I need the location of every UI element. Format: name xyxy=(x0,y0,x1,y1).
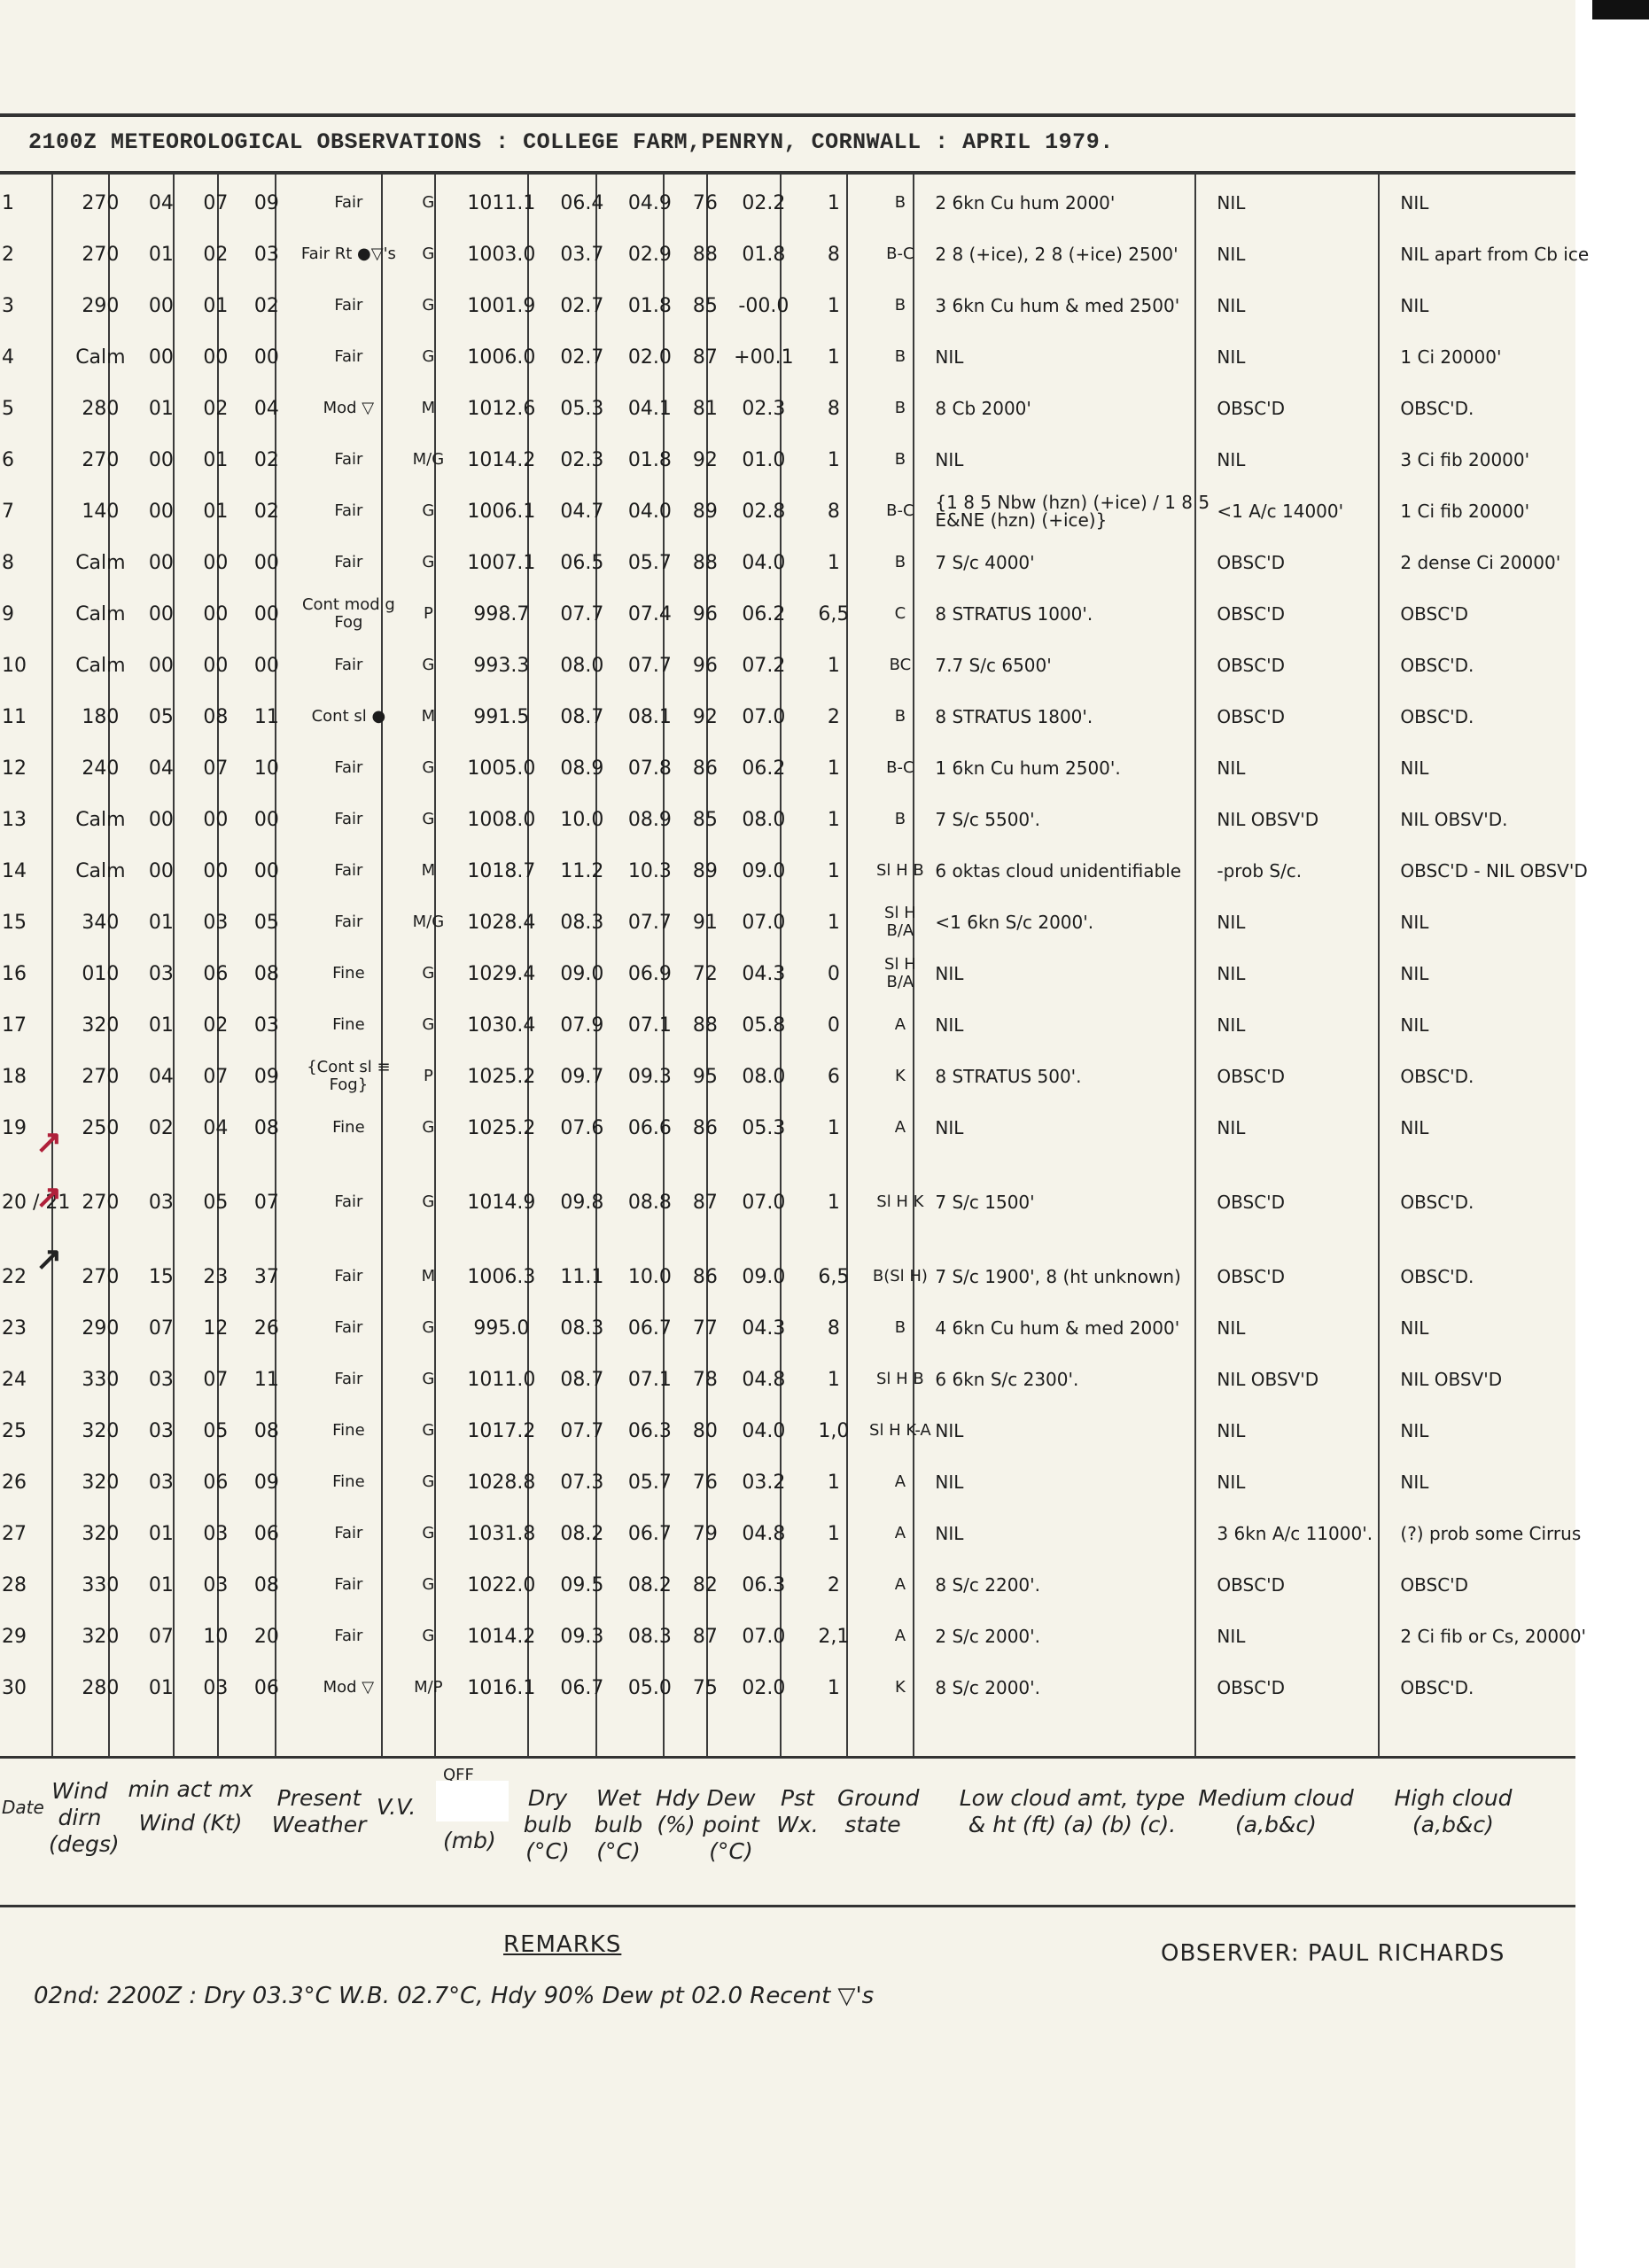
ground-state-cell: K xyxy=(867,1051,933,1102)
wet-bulb-cell: 06.7 xyxy=(616,1302,683,1354)
high-cloud-cell: NIL xyxy=(1398,1102,1596,1153)
dew-point-cell: 07.0 xyxy=(727,1611,800,1662)
high-cloud-cell: OBSC'D xyxy=(1398,1559,1596,1611)
wind-actual-cell: 01 xyxy=(193,485,237,537)
dew-point-cell: 01.0 xyxy=(727,434,800,485)
qff-cell: 1003.0 xyxy=(455,229,548,280)
humidity-cell: 88 xyxy=(683,999,727,1051)
wind-actual-cell: 03 xyxy=(193,1508,237,1559)
wind-direction-cell: 270 xyxy=(72,1251,128,1302)
present-weather-cell: Fair xyxy=(295,897,401,948)
visibility-cell: G xyxy=(401,331,455,383)
date-cell: 29 xyxy=(0,1611,72,1662)
wet-bulb-cell: 07.8 xyxy=(616,742,683,794)
label-vv: V.V. xyxy=(377,1794,416,1821)
past-weather-cell: 1 xyxy=(800,742,867,794)
wind-actual-cell: 12 xyxy=(193,1302,237,1354)
wind-direction-cell: Calm xyxy=(72,537,128,588)
visibility-cell: M/G xyxy=(401,434,455,485)
dew-point-cell: 02.3 xyxy=(727,383,800,434)
high-cloud-cell: NIL xyxy=(1398,948,1596,999)
medium-cloud-cell: NIL xyxy=(1215,177,1398,229)
wind-actual-cell: 02 xyxy=(193,999,237,1051)
dry-bulb-cell: 02.3 xyxy=(548,434,616,485)
qff-cell: 1014.2 xyxy=(455,434,548,485)
wind-direction-cell: Calm xyxy=(72,845,128,897)
dry-bulb-cell: 07.3 xyxy=(548,1456,616,1508)
label-dry-bulb: Dry bulb (°C) xyxy=(521,1785,574,1865)
wind-actual-cell: 10 xyxy=(193,1611,237,1662)
qff-cell: 993.3 xyxy=(455,640,548,691)
wind-actual-cell: 05 xyxy=(193,1405,237,1456)
dew-point-cell: 04.0 xyxy=(727,537,800,588)
wet-bulb-cell: 07.7 xyxy=(616,897,683,948)
title-top-rule xyxy=(0,113,1575,117)
qff-cell: 1006.3 xyxy=(455,1251,548,1302)
low-cloud-cell: NIL xyxy=(933,1405,1215,1456)
dry-bulb-cell: 10.0 xyxy=(548,794,616,845)
wind-min-cell: 07 xyxy=(128,1302,193,1354)
wind-actual-cell: 00 xyxy=(193,794,237,845)
date-cell: 27 xyxy=(0,1508,72,1559)
high-cloud-cell: NIL xyxy=(1398,280,1596,331)
table-row: 20 / 21270030507FairG1014.909.808.88707.… xyxy=(0,1153,1596,1251)
high-cloud-cell: 2 Ci fib or Cs, 20000' xyxy=(1398,1611,1596,1662)
past-weather-cell: 1 xyxy=(800,331,867,383)
remarks-top-rule xyxy=(0,1905,1575,1907)
wind-max-cell: 09 xyxy=(237,177,295,229)
dew-point-cell: +00.1 xyxy=(727,331,800,383)
correction-arrow-icon: ↗ xyxy=(35,1240,62,1278)
wind-actual-cell: 07 xyxy=(193,177,237,229)
ground-state-cell: B-C xyxy=(867,485,933,537)
wind-direction-cell: 270 xyxy=(72,1051,128,1102)
past-weather-cell: 6,5 xyxy=(800,588,867,640)
high-cloud-cell: OBSC'D - NIL OBSV'D xyxy=(1398,845,1596,897)
wet-bulb-cell: 06.3 xyxy=(616,1405,683,1456)
dry-bulb-cell: 04.7 xyxy=(548,485,616,537)
low-cloud-cell: 7 S/c 1900', 8 (ht unknown) xyxy=(933,1251,1215,1302)
humidity-cell: 87 xyxy=(683,1611,727,1662)
present-weather-cell: Fair xyxy=(295,537,401,588)
wind-actual-cell: 06 xyxy=(193,1456,237,1508)
wet-bulb-cell: 06.6 xyxy=(616,1102,683,1153)
table-row: 1270040709FairG1011.106.404.97602.21B2 6… xyxy=(0,177,1596,229)
humidity-cell: 87 xyxy=(683,331,727,383)
humidity-cell: 85 xyxy=(683,280,727,331)
high-cloud-cell: NIL OBSV'D xyxy=(1398,1354,1596,1405)
present-weather-cell: Fair xyxy=(295,280,401,331)
wind-max-cell: 11 xyxy=(237,691,295,742)
high-cloud-cell: 3 Ci fib 20000' xyxy=(1398,434,1596,485)
medium-cloud-cell: NIL xyxy=(1215,1302,1398,1354)
qff-cell: 1018.7 xyxy=(455,845,548,897)
past-weather-cell: 2 xyxy=(800,691,867,742)
low-cloud-cell: 6 6kn S/c 2300'. xyxy=(933,1354,1215,1405)
visibility-cell: G xyxy=(401,280,455,331)
wind-direction-cell: 180 xyxy=(72,691,128,742)
qff-cell: 1011.1 xyxy=(455,177,548,229)
present-weather-cell: Fair xyxy=(295,1354,401,1405)
remarks-heading: REMARKS xyxy=(503,1931,621,1958)
wind-max-cell: 02 xyxy=(237,485,295,537)
past-weather-cell: 0 xyxy=(800,948,867,999)
medium-cloud-cell: NIL OBSV'D xyxy=(1215,794,1398,845)
ground-state-cell: A xyxy=(867,999,933,1051)
wind-direction-cell: 320 xyxy=(72,999,128,1051)
wet-bulb-cell: 04.1 xyxy=(616,383,683,434)
table-row: 12240040710FairG1005.008.907.88606.21B-C… xyxy=(0,742,1596,794)
wind-min-cell: 04 xyxy=(128,742,193,794)
present-weather-cell: Fine xyxy=(295,1102,401,1153)
visibility-cell: G xyxy=(401,537,455,588)
table-row: 8Calm000000FairG1007.106.505.78804.01B7 … xyxy=(0,537,1596,588)
visibility-cell: G xyxy=(401,229,455,280)
present-weather-cell: Fair xyxy=(295,742,401,794)
wet-bulb-cell: 06.7 xyxy=(616,1508,683,1559)
qff-cell: 1031.8 xyxy=(455,1508,548,1559)
past-weather-cell: 1 xyxy=(800,537,867,588)
wind-max-cell: 08 xyxy=(237,1559,295,1611)
past-weather-cell: 1 xyxy=(800,280,867,331)
label-date: Date xyxy=(2,1794,44,1821)
present-weather-cell: Fair xyxy=(295,794,401,845)
present-weather-cell: Fair xyxy=(295,845,401,897)
wind-min-cell: 03 xyxy=(128,1456,193,1508)
high-cloud-cell: OBSC'D. xyxy=(1398,640,1596,691)
visibility-cell: M/G xyxy=(401,897,455,948)
visibility-cell: G xyxy=(401,742,455,794)
dry-bulb-cell: 06.4 xyxy=(548,177,616,229)
medium-cloud-cell: 3 6kn A/c 11000'. xyxy=(1215,1508,1398,1559)
ground-state-cell: B xyxy=(867,434,933,485)
ground-state-cell: Sl H K xyxy=(867,1153,933,1251)
wind-min-cell: 03 xyxy=(128,1354,193,1405)
present-weather-cell: Fair xyxy=(295,485,401,537)
wind-min-cell: 04 xyxy=(128,177,193,229)
label-high-cloud: High cloud (a,b&c) xyxy=(1373,1785,1533,1838)
high-cloud-cell: (?) prob some Cirrus xyxy=(1398,1508,1596,1559)
wind-direction-cell: Calm xyxy=(72,794,128,845)
wind-max-cell: 00 xyxy=(237,537,295,588)
humidity-cell: 81 xyxy=(683,383,727,434)
low-cloud-cell: 2 S/c 2000'. xyxy=(933,1611,1215,1662)
high-cloud-cell: OBSC'D xyxy=(1398,588,1596,640)
wind-max-cell: 00 xyxy=(237,588,295,640)
wind-actual-cell: 03 xyxy=(193,1662,237,1713)
wet-bulb-cell: 07.7 xyxy=(616,640,683,691)
wet-bulb-cell: 02.0 xyxy=(616,331,683,383)
table-row: 2270010203Fair Rt ●▽'sG1003.003.702.9880… xyxy=(0,229,1596,280)
wind-direction-cell: 290 xyxy=(72,280,128,331)
qff-cell: 991.5 xyxy=(455,691,548,742)
medium-cloud-cell: NIL xyxy=(1215,1405,1398,1456)
qff-cell: 998.7 xyxy=(455,588,548,640)
table-row: 13Calm000000FairG1008.010.008.98508.01B7… xyxy=(0,794,1596,845)
wet-bulb-cell: 02.9 xyxy=(616,229,683,280)
dry-bulb-cell: 08.3 xyxy=(548,1302,616,1354)
wind-direction-cell: 270 xyxy=(72,434,128,485)
table-row: 5280010204Mod ▽M1012.605.304.18102.38B8 … xyxy=(0,383,1596,434)
low-cloud-cell: 7 S/c 1500' xyxy=(933,1153,1215,1251)
humidity-cell: 89 xyxy=(683,845,727,897)
date-cell: 23 xyxy=(0,1302,72,1354)
wind-direction-cell: 240 xyxy=(72,742,128,794)
humidity-cell: 82 xyxy=(683,1559,727,1611)
humidity-cell: 91 xyxy=(683,897,727,948)
observer-name: OBSERVER: PAUL RICHARDS xyxy=(1161,1940,1505,1967)
wind-direction-cell: 330 xyxy=(72,1559,128,1611)
wind-actual-cell: 03 xyxy=(193,1559,237,1611)
scan-edge xyxy=(1592,0,1649,19)
ground-state-cell: K xyxy=(867,1662,933,1713)
wet-bulb-cell: 08.3 xyxy=(616,1611,683,1662)
dew-point-cell: 04.3 xyxy=(727,1302,800,1354)
ground-state-cell: Sl H K-A xyxy=(867,1405,933,1456)
humidity-cell: 88 xyxy=(683,537,727,588)
low-cloud-cell: 2 6kn Cu hum 2000' xyxy=(933,177,1215,229)
wind-max-cell: 20 xyxy=(237,1611,295,1662)
low-cloud-cell: <1 6kn S/c 2000'. xyxy=(933,897,1215,948)
wind-actual-cell: 08 xyxy=(193,691,237,742)
table-row: 26320030609FineG1028.807.305.77603.21ANI… xyxy=(0,1456,1596,1508)
date-cell: 3 xyxy=(0,280,72,331)
medium-cloud-cell: OBSC'D xyxy=(1215,1559,1398,1611)
present-weather-cell: Mod ▽ xyxy=(295,383,401,434)
wind-max-cell: 26 xyxy=(237,1302,295,1354)
wet-bulb-cell: 08.8 xyxy=(616,1153,683,1251)
table-row: 24330030711FairG1011.008.707.17804.81Sl … xyxy=(0,1354,1596,1405)
wind-direction-cell: Calm xyxy=(72,588,128,640)
present-weather-cell: Fair xyxy=(295,1611,401,1662)
visibility-cell: G xyxy=(401,1611,455,1662)
wind-max-cell: 02 xyxy=(237,280,295,331)
wind-direction-cell: 280 xyxy=(72,1662,128,1713)
humidity-cell: 76 xyxy=(683,177,727,229)
low-cloud-cell: 8 S/c 2200'. xyxy=(933,1559,1215,1611)
wind-max-cell: 00 xyxy=(237,640,295,691)
low-cloud-cell: 8 STRATUS 1000'. xyxy=(933,588,1215,640)
dry-bulb-cell: 08.7 xyxy=(548,691,616,742)
wind-min-cell: 00 xyxy=(128,845,193,897)
wind-max-cell: 02 xyxy=(237,434,295,485)
wind-actual-cell: 23 xyxy=(193,1251,237,1302)
date-cell: 2 xyxy=(0,229,72,280)
wind-actual-cell: 04 xyxy=(193,1102,237,1153)
wind-max-cell: 08 xyxy=(237,1102,295,1153)
qff-correction-patch xyxy=(436,1781,509,1821)
wind-min-cell: 00 xyxy=(128,485,193,537)
wind-max-cell: 09 xyxy=(237,1051,295,1102)
dew-point-cell: 09.0 xyxy=(727,1251,800,1302)
high-cloud-cell: OBSC'D. xyxy=(1398,691,1596,742)
label-present-weather: Present Weather xyxy=(270,1785,368,1838)
title-bottom-rule xyxy=(0,171,1575,175)
qff-cell: 1006.0 xyxy=(455,331,548,383)
low-cloud-cell: NIL xyxy=(933,434,1215,485)
label-wind-kt: Wind (Kt) xyxy=(124,1810,257,1837)
visibility-cell: M xyxy=(401,383,455,434)
humidity-cell: 75 xyxy=(683,1662,727,1713)
wind-min-cell: 07 xyxy=(128,1611,193,1662)
medium-cloud-cell: NIL xyxy=(1215,1456,1398,1508)
humidity-cell: 96 xyxy=(683,588,727,640)
present-weather-cell: Mod ▽ xyxy=(295,1662,401,1713)
low-cloud-cell: {1 8 5 Nbw (hzn) (+ice) / 1 8 5 E&NE (hz… xyxy=(933,485,1215,537)
humidity-cell: 77 xyxy=(683,1302,727,1354)
humidity-cell: 96 xyxy=(683,640,727,691)
high-cloud-cell: OBSC'D. xyxy=(1398,383,1596,434)
wind-min-cell: 00 xyxy=(128,331,193,383)
medium-cloud-cell: NIL xyxy=(1215,1102,1398,1153)
wind-direction-cell: 330 xyxy=(72,1354,128,1405)
humidity-cell: 95 xyxy=(683,1051,727,1102)
medium-cloud-cell: NIL xyxy=(1215,999,1398,1051)
wind-min-cell: 00 xyxy=(128,794,193,845)
qff-cell: 1025.2 xyxy=(455,1102,548,1153)
wind-min-cell: 00 xyxy=(128,280,193,331)
wet-bulb-cell: 07.1 xyxy=(616,1354,683,1405)
wind-max-cell: 07 xyxy=(237,1153,295,1251)
qff-cell: 1025.2 xyxy=(455,1051,548,1102)
dew-point-cell: 07.2 xyxy=(727,640,800,691)
medium-cloud-cell: OBSC'D xyxy=(1215,1051,1398,1102)
medium-cloud-cell: <1 A/c 14000' xyxy=(1215,485,1398,537)
dew-point-cell: 08.0 xyxy=(727,794,800,845)
wind-actual-cell: 00 xyxy=(193,640,237,691)
past-weather-cell: 1 xyxy=(800,897,867,948)
ground-state-cell: B xyxy=(867,280,933,331)
wind-actual-cell: 07 xyxy=(193,1354,237,1405)
present-weather-cell: Fair xyxy=(295,434,401,485)
present-weather-cell: Fair Rt ●▽'s xyxy=(295,229,401,280)
medium-cloud-cell: NIL xyxy=(1215,280,1398,331)
wind-min-cell: 03 xyxy=(128,1405,193,1456)
wind-min-cell: 01 xyxy=(128,383,193,434)
date-cell: 26 xyxy=(0,1456,72,1508)
medium-cloud-cell: OBSC'D xyxy=(1215,1662,1398,1713)
humidity-cell: 92 xyxy=(683,434,727,485)
wind-min-cell: 00 xyxy=(128,537,193,588)
wind-direction-cell: 320 xyxy=(72,1611,128,1662)
ground-state-cell: B xyxy=(867,691,933,742)
date-cell: 11 xyxy=(0,691,72,742)
wind-actual-cell: 00 xyxy=(193,588,237,640)
label-wind-speeds: min act mx xyxy=(115,1776,266,1803)
qff-cell: 1012.6 xyxy=(455,383,548,434)
remark-line: 02nd: 2200Z : Dry 03.3°C W.B. 02.7°C, Hd… xyxy=(34,1983,874,2009)
wind-min-cell: 02 xyxy=(128,1102,193,1153)
ground-state-cell: A xyxy=(867,1456,933,1508)
past-weather-cell: 1 xyxy=(800,1456,867,1508)
wind-max-cell: 03 xyxy=(237,999,295,1051)
dew-point-cell: 09.0 xyxy=(727,845,800,897)
present-weather-cell: Fair xyxy=(295,1153,401,1251)
past-weather-cell: 8 xyxy=(800,229,867,280)
wet-bulb-cell: 05.0 xyxy=(616,1662,683,1713)
humidity-cell: 76 xyxy=(683,1456,727,1508)
dew-point-cell: 07.0 xyxy=(727,1153,800,1251)
visibility-cell: M xyxy=(401,1251,455,1302)
wind-min-cell: 01 xyxy=(128,1559,193,1611)
table-row: 16010030608FineG1029.409.006.97204.30Sl … xyxy=(0,948,1596,999)
humidity-cell: 78 xyxy=(683,1354,727,1405)
dry-bulb-cell: 06.7 xyxy=(548,1662,616,1713)
present-weather-cell: Fine xyxy=(295,1456,401,1508)
dry-bulb-cell: 09.7 xyxy=(548,1051,616,1102)
wind-max-cell: 06 xyxy=(237,1662,295,1713)
dew-point-cell: 07.0 xyxy=(727,897,800,948)
table-row: 18270040709{Cont sl ≡ Fog}P1025.209.709.… xyxy=(0,1051,1596,1102)
past-weather-cell: 1 xyxy=(800,794,867,845)
low-cloud-cell: NIL xyxy=(933,1508,1215,1559)
wind-direction-cell: Calm xyxy=(72,640,128,691)
low-cloud-cell: NIL xyxy=(933,1102,1215,1153)
low-cloud-cell: 7 S/c 4000' xyxy=(933,537,1215,588)
sheet-title: 2100Z METEOROLOGICAL OBSERVATIONS : COLL… xyxy=(28,129,1114,155)
medium-cloud-cell: NIL xyxy=(1215,897,1398,948)
low-cloud-cell: NIL xyxy=(933,999,1215,1051)
table-row: 15340010305FairM/G1028.408.307.79107.01S… xyxy=(0,897,1596,948)
table-row: 7140000102FairG1006.104.704.08902.88B-C{… xyxy=(0,485,1596,537)
wet-bulb-cell: 04.9 xyxy=(616,177,683,229)
visibility-cell: G xyxy=(401,640,455,691)
dry-bulb-cell: 07.6 xyxy=(548,1102,616,1153)
wind-min-cell: 04 xyxy=(128,1051,193,1102)
medium-cloud-cell: OBSC'D xyxy=(1215,383,1398,434)
dew-point-cell: 02.8 xyxy=(727,485,800,537)
visibility-cell: M xyxy=(401,691,455,742)
qff-cell: 1011.0 xyxy=(455,1354,548,1405)
wind-min-cell: 00 xyxy=(128,434,193,485)
wind-direction-cell: 270 xyxy=(72,177,128,229)
table-row: 4Calm000000FairG1006.002.702.087+00.11BN… xyxy=(0,331,1596,383)
high-cloud-cell: NIL xyxy=(1398,742,1596,794)
present-weather-cell: Fair xyxy=(295,1302,401,1354)
present-weather-cell: Fine xyxy=(295,948,401,999)
qff-cell: 1029.4 xyxy=(455,948,548,999)
wind-actual-cell: 00 xyxy=(193,845,237,897)
low-cloud-cell: 3 6kn Cu hum & med 2500' xyxy=(933,280,1215,331)
qff-cell: 1022.0 xyxy=(455,1559,548,1611)
medium-cloud-cell: NIL xyxy=(1215,948,1398,999)
low-cloud-cell: 7.7 S/c 6500' xyxy=(933,640,1215,691)
wind-max-cell: 11 xyxy=(237,1354,295,1405)
medium-cloud-cell: NIL xyxy=(1215,1611,1398,1662)
wet-bulb-cell: 01.8 xyxy=(616,280,683,331)
wind-direction-cell: 320 xyxy=(72,1508,128,1559)
wind-min-cell: 03 xyxy=(128,1153,193,1251)
humidity-cell: 86 xyxy=(683,1251,727,1302)
date-cell: 4 xyxy=(0,331,72,383)
present-weather-cell: Fine xyxy=(295,1405,401,1456)
date-cell: 14 xyxy=(0,845,72,897)
dry-bulb-cell: 05.3 xyxy=(548,383,616,434)
correction-arrow-icon: ↗ xyxy=(35,1123,62,1161)
wind-direction-cell: 280 xyxy=(72,383,128,434)
qff-cell: 1007.1 xyxy=(455,537,548,588)
visibility-cell: G xyxy=(401,1153,455,1251)
wind-actual-cell: 01 xyxy=(193,434,237,485)
dew-point-cell: 07.0 xyxy=(727,691,800,742)
wind-min-cell: 01 xyxy=(128,897,193,948)
wind-min-cell: 01 xyxy=(128,1508,193,1559)
date-cell: 9 xyxy=(0,588,72,640)
qff-cell: 1028.8 xyxy=(455,1456,548,1508)
dry-bulb-cell: 08.9 xyxy=(548,742,616,794)
dew-point-cell: 04.8 xyxy=(727,1354,800,1405)
table-bottom-rule xyxy=(0,1756,1575,1759)
